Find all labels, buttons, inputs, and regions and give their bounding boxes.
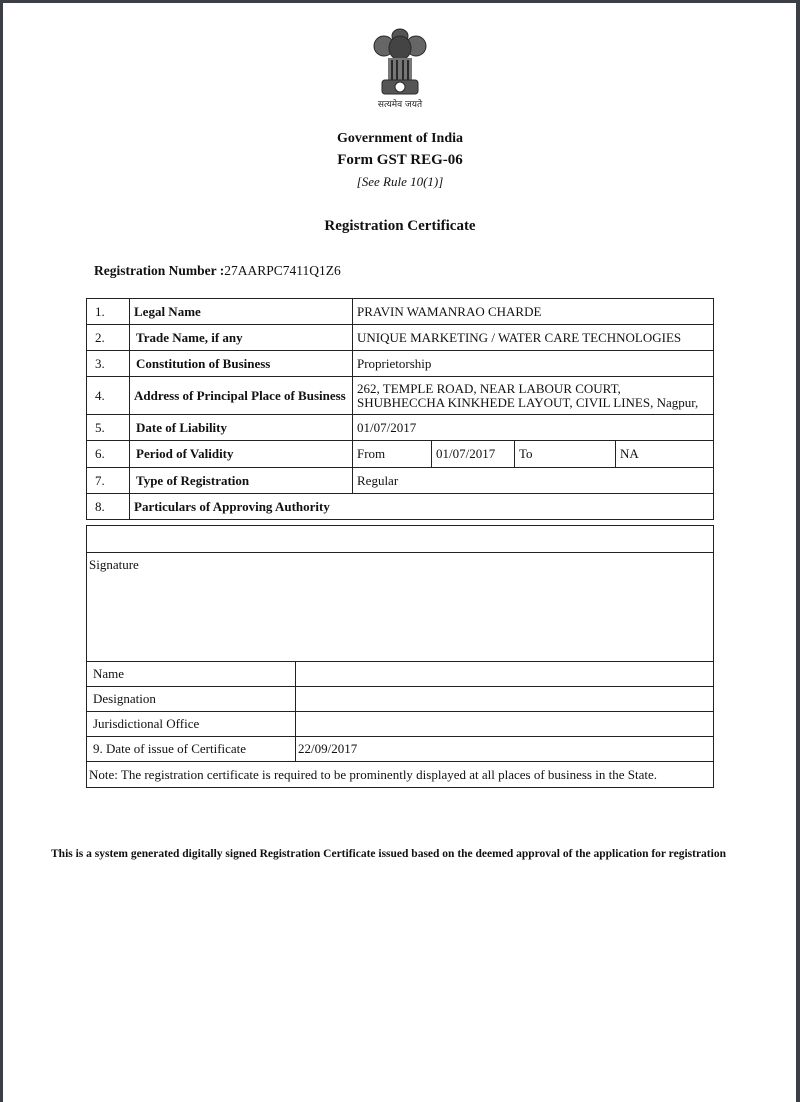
to-label: To (515, 441, 616, 467)
field-label: Type of Registration (130, 468, 353, 494)
table-row: 9. Date of issue of Certificate 22/09/20… (87, 737, 714, 762)
table-row: Designation (87, 687, 714, 712)
field-label: Trade Name, if any (130, 325, 353, 351)
row-number: 1. (87, 299, 130, 325)
table-row: 4. Address of Principal Place of Busines… (87, 377, 714, 415)
table-row: 1. Legal Name PRAVIN WAMANRAO CHARDE (87, 299, 714, 325)
constitution-value: Proprietorship (353, 351, 714, 377)
legal-name-value: PRAVIN WAMANRAO CHARDE (353, 299, 714, 325)
validity-period: From 01/07/2017 To NA (353, 441, 714, 468)
blank-row (87, 526, 714, 553)
address-line-2: SHUBHECCHA KINKHEDE LAYOUT, CIVIL LINES,… (357, 396, 709, 410)
row-number: 7. (87, 468, 130, 494)
rule-reference: [See Rule 10(1)] (0, 174, 800, 190)
field-label: Constitution of Business (130, 351, 353, 377)
to-date: NA (616, 441, 714, 467)
registration-number-label: Registration Number : (94, 263, 224, 278)
row-number: 4. (87, 377, 130, 415)
row-number: 8. (87, 494, 130, 520)
authority-table: Signature Name Designation Jurisdictiona… (86, 525, 714, 788)
details-table: 1. Legal Name PRAVIN WAMANRAO CHARDE 2. … (86, 298, 714, 520)
address-line-1: 262, TEMPLE ROAD, NEAR LABOUR COURT, (357, 382, 709, 396)
jurisdictional-office-label: Jurisdictional Office (87, 712, 296, 737)
registration-number: Registration Number :27AARPC7411Q1Z6 (94, 263, 341, 279)
table-row: 3. Constitution of Business Proprietorsh… (87, 351, 714, 377)
form-title: Form GST REG-06 (0, 152, 800, 169)
issue-date-value: 22/09/2017 (296, 737, 714, 762)
registration-type-value: Regular (353, 468, 714, 494)
approving-authority-heading: Particulars of Approving Authority (130, 494, 714, 520)
table-row: 6. Period of Validity From 01/07/2017 To… (87, 441, 714, 468)
name-label: Name (87, 662, 296, 687)
row-number: 5. (87, 415, 130, 441)
system-generated-notice: This is a system generated digitally sig… (51, 845, 731, 863)
field-label: Date of Liability (130, 415, 353, 441)
issue-date-label: 9. Date of issue of Certificate (87, 737, 296, 762)
table-row: Jurisdictional Office (87, 712, 714, 737)
table-row: Name (87, 662, 714, 687)
address-value: 262, TEMPLE ROAD, NEAR LABOUR COURT, SHU… (353, 377, 714, 415)
emblem-motto: सत्यमेव जयते (340, 97, 460, 110)
name-value (296, 662, 714, 687)
row-number: 6. (87, 441, 130, 468)
display-note: Note: The registration certificate is re… (87, 762, 714, 788)
row-number: 2. (87, 325, 130, 351)
table-row: 7. Type of Registration Regular (87, 468, 714, 494)
liability-date-value: 01/07/2017 (353, 415, 714, 441)
jurisdictional-office-value (296, 712, 714, 737)
field-label: Legal Name (130, 299, 353, 325)
government-heading: Government of India (0, 131, 800, 147)
field-label: Address of Principal Place of Business (130, 377, 353, 415)
designation-value (296, 687, 714, 712)
from-label: From (353, 441, 432, 467)
certificate-title: Registration Certificate (0, 218, 800, 235)
trade-name-value: UNIQUE MARKETING / WATER CARE TECHNOLOGI… (353, 325, 714, 351)
from-date: 01/07/2017 (432, 441, 515, 467)
row-number: 3. (87, 351, 130, 377)
designation-label: Designation (87, 687, 296, 712)
signature-area: Signature (87, 553, 714, 662)
validity-table: From 01/07/2017 To NA (353, 441, 713, 467)
table-row: 8. Particulars of Approving Authority (87, 494, 714, 520)
registration-number-value: 27AARPC7411Q1Z6 (224, 263, 341, 278)
table-row: 2. Trade Name, if any UNIQUE MARKETING /… (87, 325, 714, 351)
field-label: Period of Validity (130, 441, 353, 468)
table-row: 5. Date of Liability 01/07/2017 (87, 415, 714, 441)
